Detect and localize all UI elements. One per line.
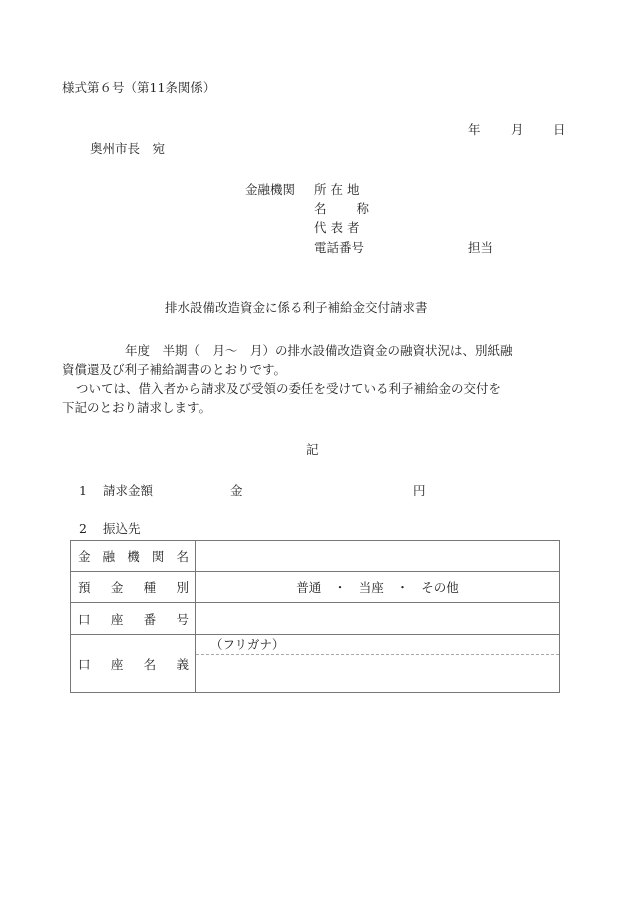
- date-month: 月: [511, 124, 524, 137]
- item2-number: 2: [79, 523, 87, 536]
- date-year: 年: [468, 124, 481, 137]
- document-title: 排水設備改造資金に係る利子補給金交付請求書: [165, 302, 428, 315]
- body-line-3: ついては、借入者から請求及び受領の委任を受けている利子補給金の交付を: [76, 383, 501, 396]
- transfer-destination-table: 金融機関名 預金種別 普通 ・ 当座 ・ その他 口座番号 口座名義 （フリガナ…: [70, 540, 560, 693]
- bank-name-field[interactable]: [196, 541, 560, 572]
- table-row: 金融機関名: [71, 541, 560, 572]
- applicant-org-label: 金融機関: [245, 184, 295, 197]
- account-holder-cell: （フリガナ）: [196, 635, 560, 693]
- table-row: 口座番号: [71, 603, 560, 635]
- item1-number: 1: [79, 485, 87, 498]
- bank-name-label: 金融機関名: [71, 541, 196, 572]
- body-line-2: 資償還及び利子補給調書のとおりです。: [62, 364, 286, 377]
- date-day: 日: [553, 124, 566, 137]
- account-holder-label: 口座名義: [71, 635, 196, 693]
- furigana-label: （フリガナ）: [196, 635, 559, 655]
- applicant-address-label: 所在地: [314, 184, 364, 197]
- table-row: 預金種別 普通 ・ 当座 ・ その他: [71, 572, 560, 603]
- item1-unit: 円: [413, 485, 426, 498]
- account-number-field[interactable]: [196, 603, 560, 635]
- item1-prefix: 金: [230, 485, 243, 498]
- deposit-type-options[interactable]: 普通 ・ 当座 ・ その他: [196, 572, 560, 603]
- form-number: 様式第６号（第11条関係）: [62, 82, 215, 95]
- item1-label: 請求金額: [103, 485, 153, 498]
- body-line-4: 下記のとおり請求します。: [62, 402, 211, 415]
- body-line-1: 年度 半期（ 月～ 月）の排水設備改造資金の融資状況は、別紙融: [125, 345, 513, 358]
- addressee: 奥州市長 宛: [90, 143, 165, 156]
- account-number-label: 口座番号: [71, 603, 196, 635]
- table-row: 口座名義 （フリガナ）: [71, 635, 560, 693]
- applicant-representative-label: 代表者: [314, 222, 364, 235]
- ki-heading: 記: [306, 444, 319, 457]
- account-holder-field[interactable]: [196, 655, 559, 692]
- deposit-type-label: 預金種別: [71, 572, 196, 603]
- item2-label: 振込先: [103, 523, 141, 536]
- applicant-phone-label: 電話番号: [314, 242, 364, 255]
- applicant-contact-label: 担当: [468, 242, 493, 255]
